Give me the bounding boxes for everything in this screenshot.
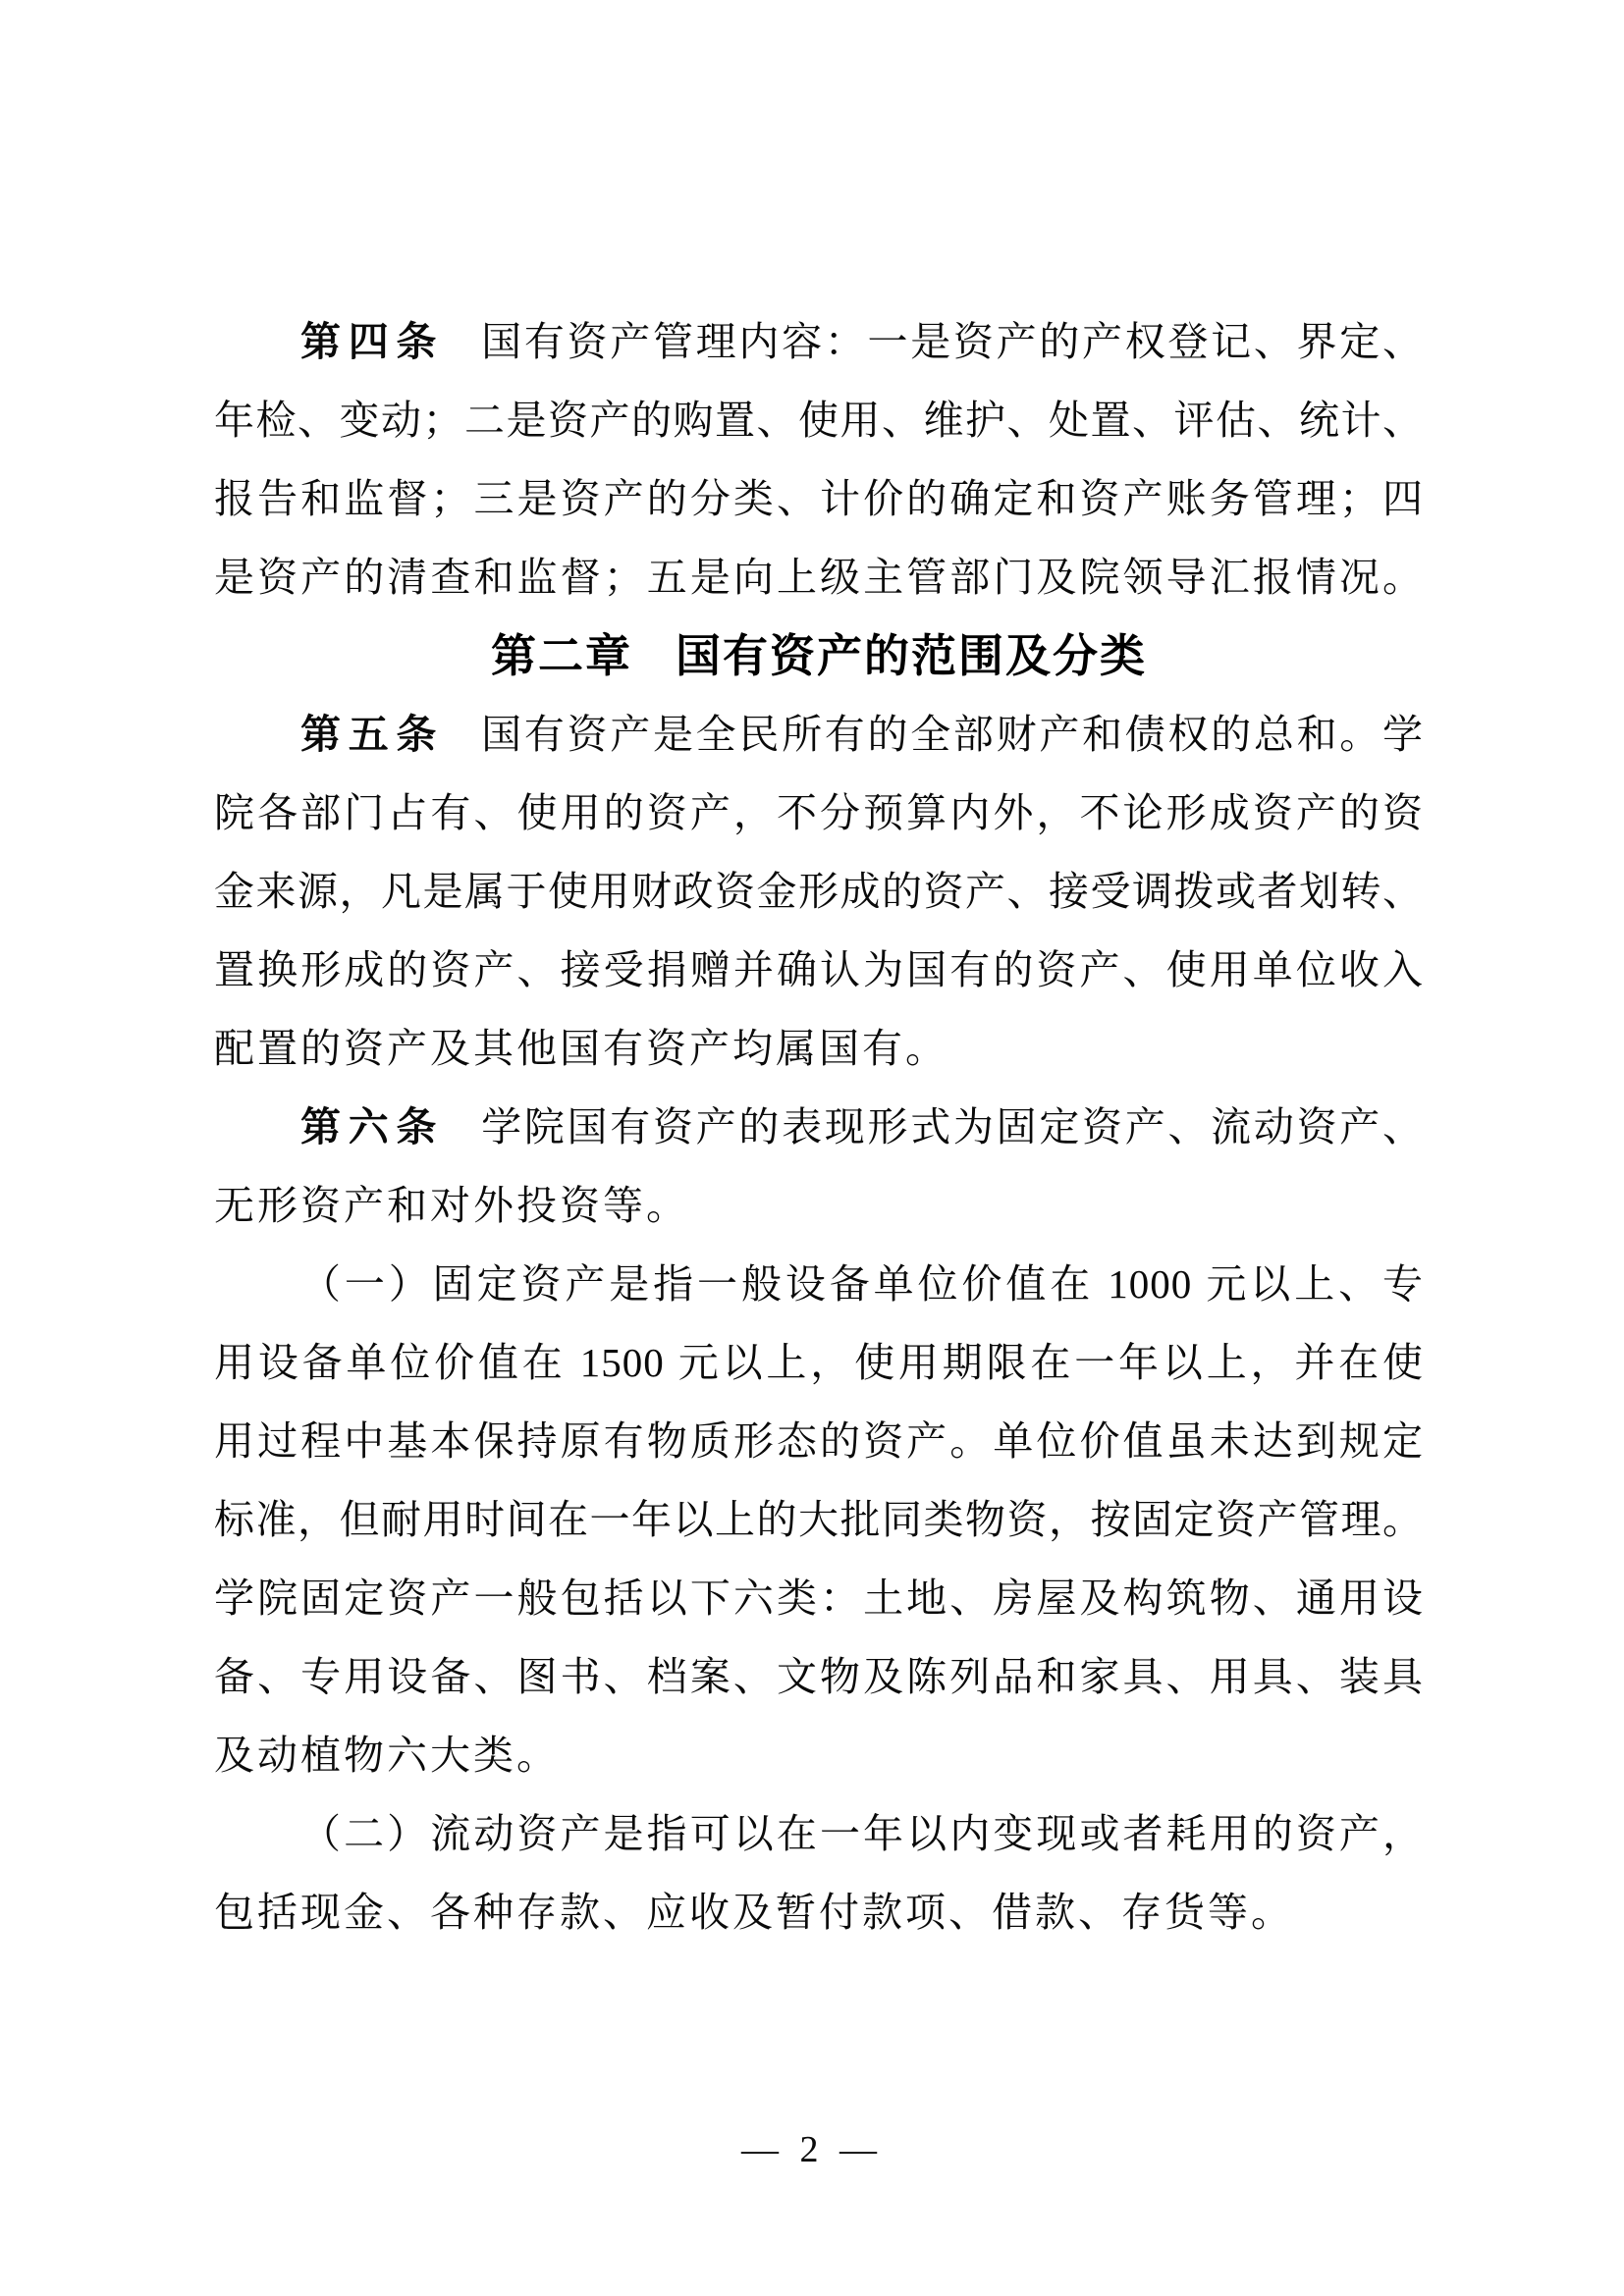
chapter2-heading: 第二章国有资产的范围及分类 (214, 616, 1424, 695)
article4-line-3: 报告和监督；三是资产的分类、计价的确定和资产账务管理；四 (214, 459, 1424, 538)
item1-line-1: （一）固定资产是指一般设备单位价值在 1000 元以上、专 (214, 1245, 1424, 1323)
article4-line-4: 是资产的清查和监督；五是向上级主管部门及院领导汇报情况。 (214, 538, 1424, 616)
article4-term: 第四条 (300, 319, 444, 364)
item1-line-6: 备、专用设备、图书、档案、文物及陈列品和家具、用具、装具 (214, 1637, 1424, 1716)
item2-line-1: （二）流动资产是指可以在一年以内变现或者耗用的资产， (214, 1794, 1424, 1873)
article4-line-1: 第四条国有资产管理内容：一是资产的产权登记、界定、 (214, 302, 1424, 381)
article5-term: 第五条 (300, 712, 444, 757)
article5-line-1-text: 国有资产是全民所有的全部财产和债权的总和。学 (481, 712, 1424, 757)
article6-line-1-text: 学院国有资产的表现形式为固定资产、流动资产、 (481, 1104, 1424, 1149)
article6-term: 第六条 (300, 1104, 444, 1149)
item1-line-2: 用设备单位价值在 1500 元以上，使用期限在一年以上，并在使 (214, 1323, 1424, 1402)
article5-line-1: 第五条国有资产是全民所有的全部财产和债权的总和。学 (214, 695, 1424, 774)
document-body: 第四条国有资产管理内容：一是资产的产权登记、界定、 年检、变动；二是资产的购置、… (214, 302, 1424, 1951)
article6-line-1: 第六条学院国有资产的表现形式为固定资产、流动资产、 (214, 1088, 1424, 1166)
item2-line-2: 包括现金、各种存款、应收及暂付款项、借款、存货等。 (214, 1873, 1424, 1951)
chapter2-title: 国有资产的范围及分类 (676, 630, 1147, 681)
document-page: 第四条国有资产管理内容：一是资产的产权登记、界定、 年检、变动；二是资产的购置、… (0, 0, 1624, 2296)
item1-line-7: 及动植物六大类。 (214, 1716, 1424, 1794)
article6-line-2: 无形资产和对外投资等。 (214, 1166, 1424, 1245)
article5-line-5: 配置的资产及其他国有资产均属国有。 (214, 1009, 1424, 1088)
article5-line-2: 院各部门占有、使用的资产，不分预算内外，不论形成资产的资 (214, 774, 1424, 852)
article5-line-3: 金来源，凡是属于使用财政资金形成的资产、接受调拨或者划转、 (214, 852, 1424, 931)
item1-line-5: 学院固定资产一般包括以下六类：土地、房屋及构筑物、通用设 (214, 1559, 1424, 1637)
item1-line-4: 标准，但耐用时间在一年以上的大批同类物资，按固定资产管理。 (214, 1480, 1424, 1559)
article5-line-4: 置换形成的资产、接受捐赠并确认为国有的资产、使用单位收入 (214, 931, 1424, 1009)
article4-line-2: 年检、变动；二是资产的购置、使用、维护、处置、评估、统计、 (214, 381, 1424, 459)
item1-line-3: 用过程中基本保持原有物质形态的资产。单位价值虽未达到规定 (214, 1402, 1424, 1480)
article4-line-1-text: 国有资产管理内容：一是资产的产权登记、界定、 (481, 319, 1424, 364)
page-number: — 2 — (0, 2128, 1624, 2171)
chapter2-number: 第二章 (491, 630, 632, 681)
